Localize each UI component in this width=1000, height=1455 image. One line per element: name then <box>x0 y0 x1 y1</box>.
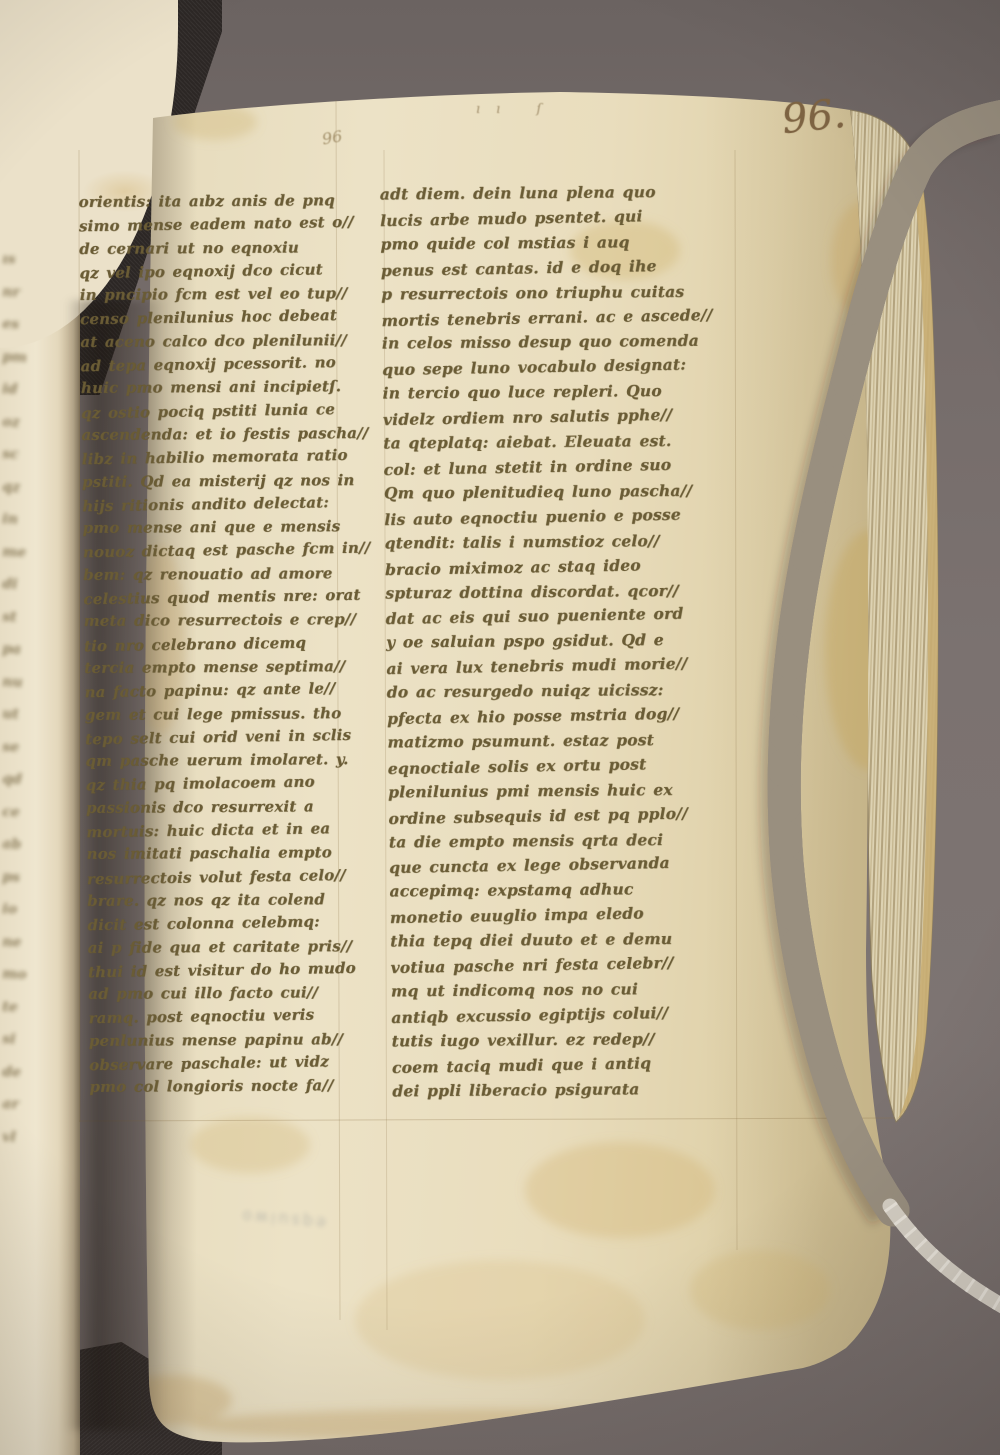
bookmark-cord <box>772 116 1000 1308</box>
cord-bands <box>784 116 1000 1210</box>
cord-artwork <box>0 0 1000 1455</box>
manuscript-photo: ısnrespmidozscqzinmedistpanuutseqdceabps… <box>0 0 1000 1455</box>
